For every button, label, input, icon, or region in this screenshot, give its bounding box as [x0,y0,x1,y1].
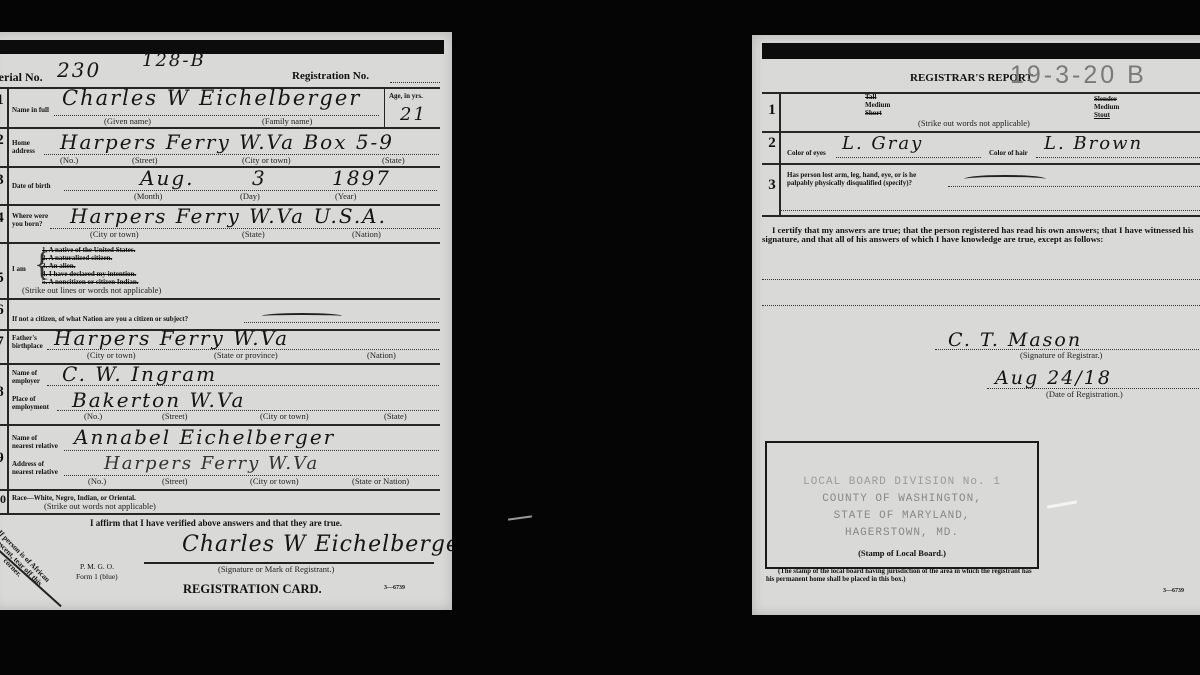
height-option-tall: Tall [865,93,876,101]
home-address-label-1: Home [12,139,30,147]
caption-city: (City or town) [260,411,309,421]
disability-line-2 [780,210,1200,211]
place-of-employment-label-2: employment [12,403,49,411]
exceptions-line-2 [762,305,1200,306]
corner-note: If person is of African descent, tear of… [0,525,55,599]
caption-street: (Street) [162,411,188,421]
divider [0,489,440,491]
age-value: 21 [400,104,427,125]
registration-number-line [390,82,440,83]
divider [762,163,1200,165]
birthplace-value: Harpers Ferry W.Va U.S.A. [70,204,387,228]
registration-date-value: Aug 24/18 [995,367,1112,389]
local-board-stamp-box: LOCAL BOARD DIVISION No. 1 COUNTY OF WAS… [765,441,1039,569]
row-number: 7 [0,334,8,351]
divider [0,298,440,300]
print-code: 3—6739 [384,585,405,591]
stamped-number: 19-3-20 B [1010,61,1147,90]
caption-day: (Day) [240,191,260,201]
row-number: 2 [764,135,780,152]
employer-line [47,385,439,386]
stamp-line-3: STATE OF MARYLAND, [767,510,1037,522]
place-of-employment-value: Bakerton W.Va [72,388,245,412]
row-number: 3 [764,177,780,194]
certification-text: I certify that my answers are true; that… [762,226,1200,244]
hair-color-value: L. Brown [1044,133,1143,154]
date-of-birth-label: Date of birth [12,182,51,190]
caption-state: (State) [242,229,265,239]
card-top-black-band [0,40,444,54]
row-number: 8 [0,384,8,401]
dash-mark [262,313,342,319]
stamp-line-1: LOCAL BOARD DIVISION No. 1 [767,476,1037,488]
background-scratch-mark [508,515,532,520]
age-label: Age, in yrs. [389,92,423,100]
relative-address-value: Harpers Ferry W.Va [104,453,319,474]
relative-label-2: nearest relative [12,442,58,450]
name-label: Name in full [12,106,49,114]
relative-address-label-2: nearest relative [12,468,58,476]
stamp-line-4: HAGERSTOWN, MD. [767,527,1037,539]
birthplace-label-1: Where were [12,212,48,220]
name-line [54,115,379,116]
form-id-line-1: P. M. G. O. [80,562,114,571]
signature-caption: (Signature or Mark of Registrant.) [218,564,334,574]
nation-question-label: If not a citizen, of what Nation are you… [12,315,188,323]
home-address-label-2: address [12,147,35,155]
caption-month: (Month) [134,191,162,201]
stamp-caption: (Stamp of Local Board.) [767,548,1037,558]
caption-no: (No.) [60,155,78,165]
row-number: 4 [0,210,8,227]
row-number: 2 [0,132,8,149]
stamp-instruction-note: (The stamp of the local board having jur… [766,568,1038,583]
birth-month-value: Aug. [140,166,194,190]
disability-question-1: Has person lost arm, leg, hand, eye, or … [787,171,916,179]
employer-label-2: employer [12,377,40,385]
eye-color-line [836,157,981,158]
divider [0,513,440,515]
father-birthplace-value: Harpers Ferry W.Va [54,326,289,350]
caption-no: (No.) [84,411,102,421]
caption-city: (City or town) [90,229,139,239]
relative-name-line [64,450,439,451]
caption-street: (Street) [162,476,188,486]
father-birthplace-label-1: Father's [12,334,37,342]
citizenship-option-4: 4. I have declared my intention. [42,270,136,278]
birthplace-label-2: you born? [12,220,43,228]
registrar-signature-caption: (Signature of Registrar.) [1020,350,1102,360]
disability-line [948,186,1200,187]
serial-number-label: Serial No. [0,70,43,85]
relative-name-value: Annabel Eichelberger [74,425,335,449]
row-number: 10 [0,492,8,507]
divider [0,127,440,129]
caption-city: (City or town) [242,155,291,165]
hair-color-label: Color of hair [989,149,1028,157]
caption-state-or-nation: (State or Nation) [352,476,409,486]
caption-street: (Street) [132,155,158,165]
citizenship-option-3: 3. An alien. [42,262,75,270]
caption-state: (State) [382,155,405,165]
citizenship-option-2: 2. A naturalized citizen. [42,254,112,262]
registration-number-label: Registration No. [292,70,369,82]
divider [762,92,1200,94]
build-option-slender: Slender [1094,95,1117,103]
name-value: Charles W Eichelberger [62,86,361,110]
row-number: 5 [0,270,8,287]
eye-color-label: Color of eyes [787,149,826,157]
registrant-signature: Charles W Eichelberger [182,532,452,557]
place-of-employment-line [57,410,439,411]
birth-day-value: 3 [252,166,267,190]
paper-scratch-mark [1047,500,1077,508]
row-number: 1 [0,92,8,109]
nation-line [244,322,439,323]
caption-nation: (Nation) [367,350,396,360]
father-birthplace-label-2: birthplace [12,342,43,350]
caption-year: (Year) [335,191,356,201]
hair-color-line [1036,157,1200,158]
caption-state: (State or province) [214,350,278,360]
birth-year-value: 1897 [332,166,391,190]
height-option-medium: Medium [865,101,890,109]
caption-city: (City or town) [250,476,299,486]
registration-card-title: REGISTRATION CARD. [183,582,322,597]
height-option-short: Short [865,109,882,117]
place-of-employment-label-1: Place of [12,395,36,403]
print-code: 3—6739 [1163,588,1184,594]
divider [762,215,1200,217]
row-number: 6 [0,302,8,319]
citizenship-option-1: 1. A native of the United States. [42,246,135,254]
citizenship-note: (Strike out lines or words not applicabl… [22,285,161,295]
employer-label-1: Name of [12,369,37,377]
affirmation-text: I affirm that I have verified above answ… [90,518,342,528]
registrar-signature: C. T. Mason [948,329,1082,351]
disability-question-2: palpably physically disqualified (specif… [787,179,912,187]
registration-card-front: Serial No. 230 128-B Registration No. 1 … [0,32,452,610]
build-option-stout: Stout [1094,111,1110,119]
relative-address-label-1: Address of [12,460,44,468]
age-divider [384,87,385,127]
stamp-line-2: COUNTY OF WASHINGTON, [767,493,1037,505]
build-option-medium: Medium [1094,103,1119,111]
given-name-caption: (Given name) [104,116,151,126]
serial-number-value: 230 [57,58,101,82]
card-top-black-band [762,43,1200,59]
citizenship-label: I am [12,265,26,273]
row-number: 1 [764,102,780,119]
caption-state: (State) [384,411,407,421]
exceptions-line-1 [762,279,1200,280]
family-name-caption: (Family name) [262,116,312,126]
caption-nation: (Nation) [352,229,381,239]
caption-city: (City or town) [87,350,136,360]
employer-value: C. W. Ingram [62,362,217,386]
eye-color-value: L. Gray [842,133,923,154]
registrar-report-back: REGISTRAR'S REPORT 19-3-20 B 1 Tall Medi… [752,35,1200,615]
registration-date-caption: (Date of Registration.) [1046,389,1123,399]
form-id-line-2: Form 1 (blue) [76,572,118,581]
row-number: 3 [0,172,8,189]
race-note: (Strike out words not applicable) [44,501,156,511]
dash-mark [964,175,1046,183]
order-number-value: 128-B [142,50,206,71]
strike-note: (Strike out words not applicable) [918,118,1030,128]
caption-no: (No.) [88,476,106,486]
relative-label-1: Name of [12,434,37,442]
home-address-value: Harpers Ferry W.Va Box 5-9 [60,130,394,154]
row-number: 9 [0,450,8,467]
divider [0,242,440,244]
